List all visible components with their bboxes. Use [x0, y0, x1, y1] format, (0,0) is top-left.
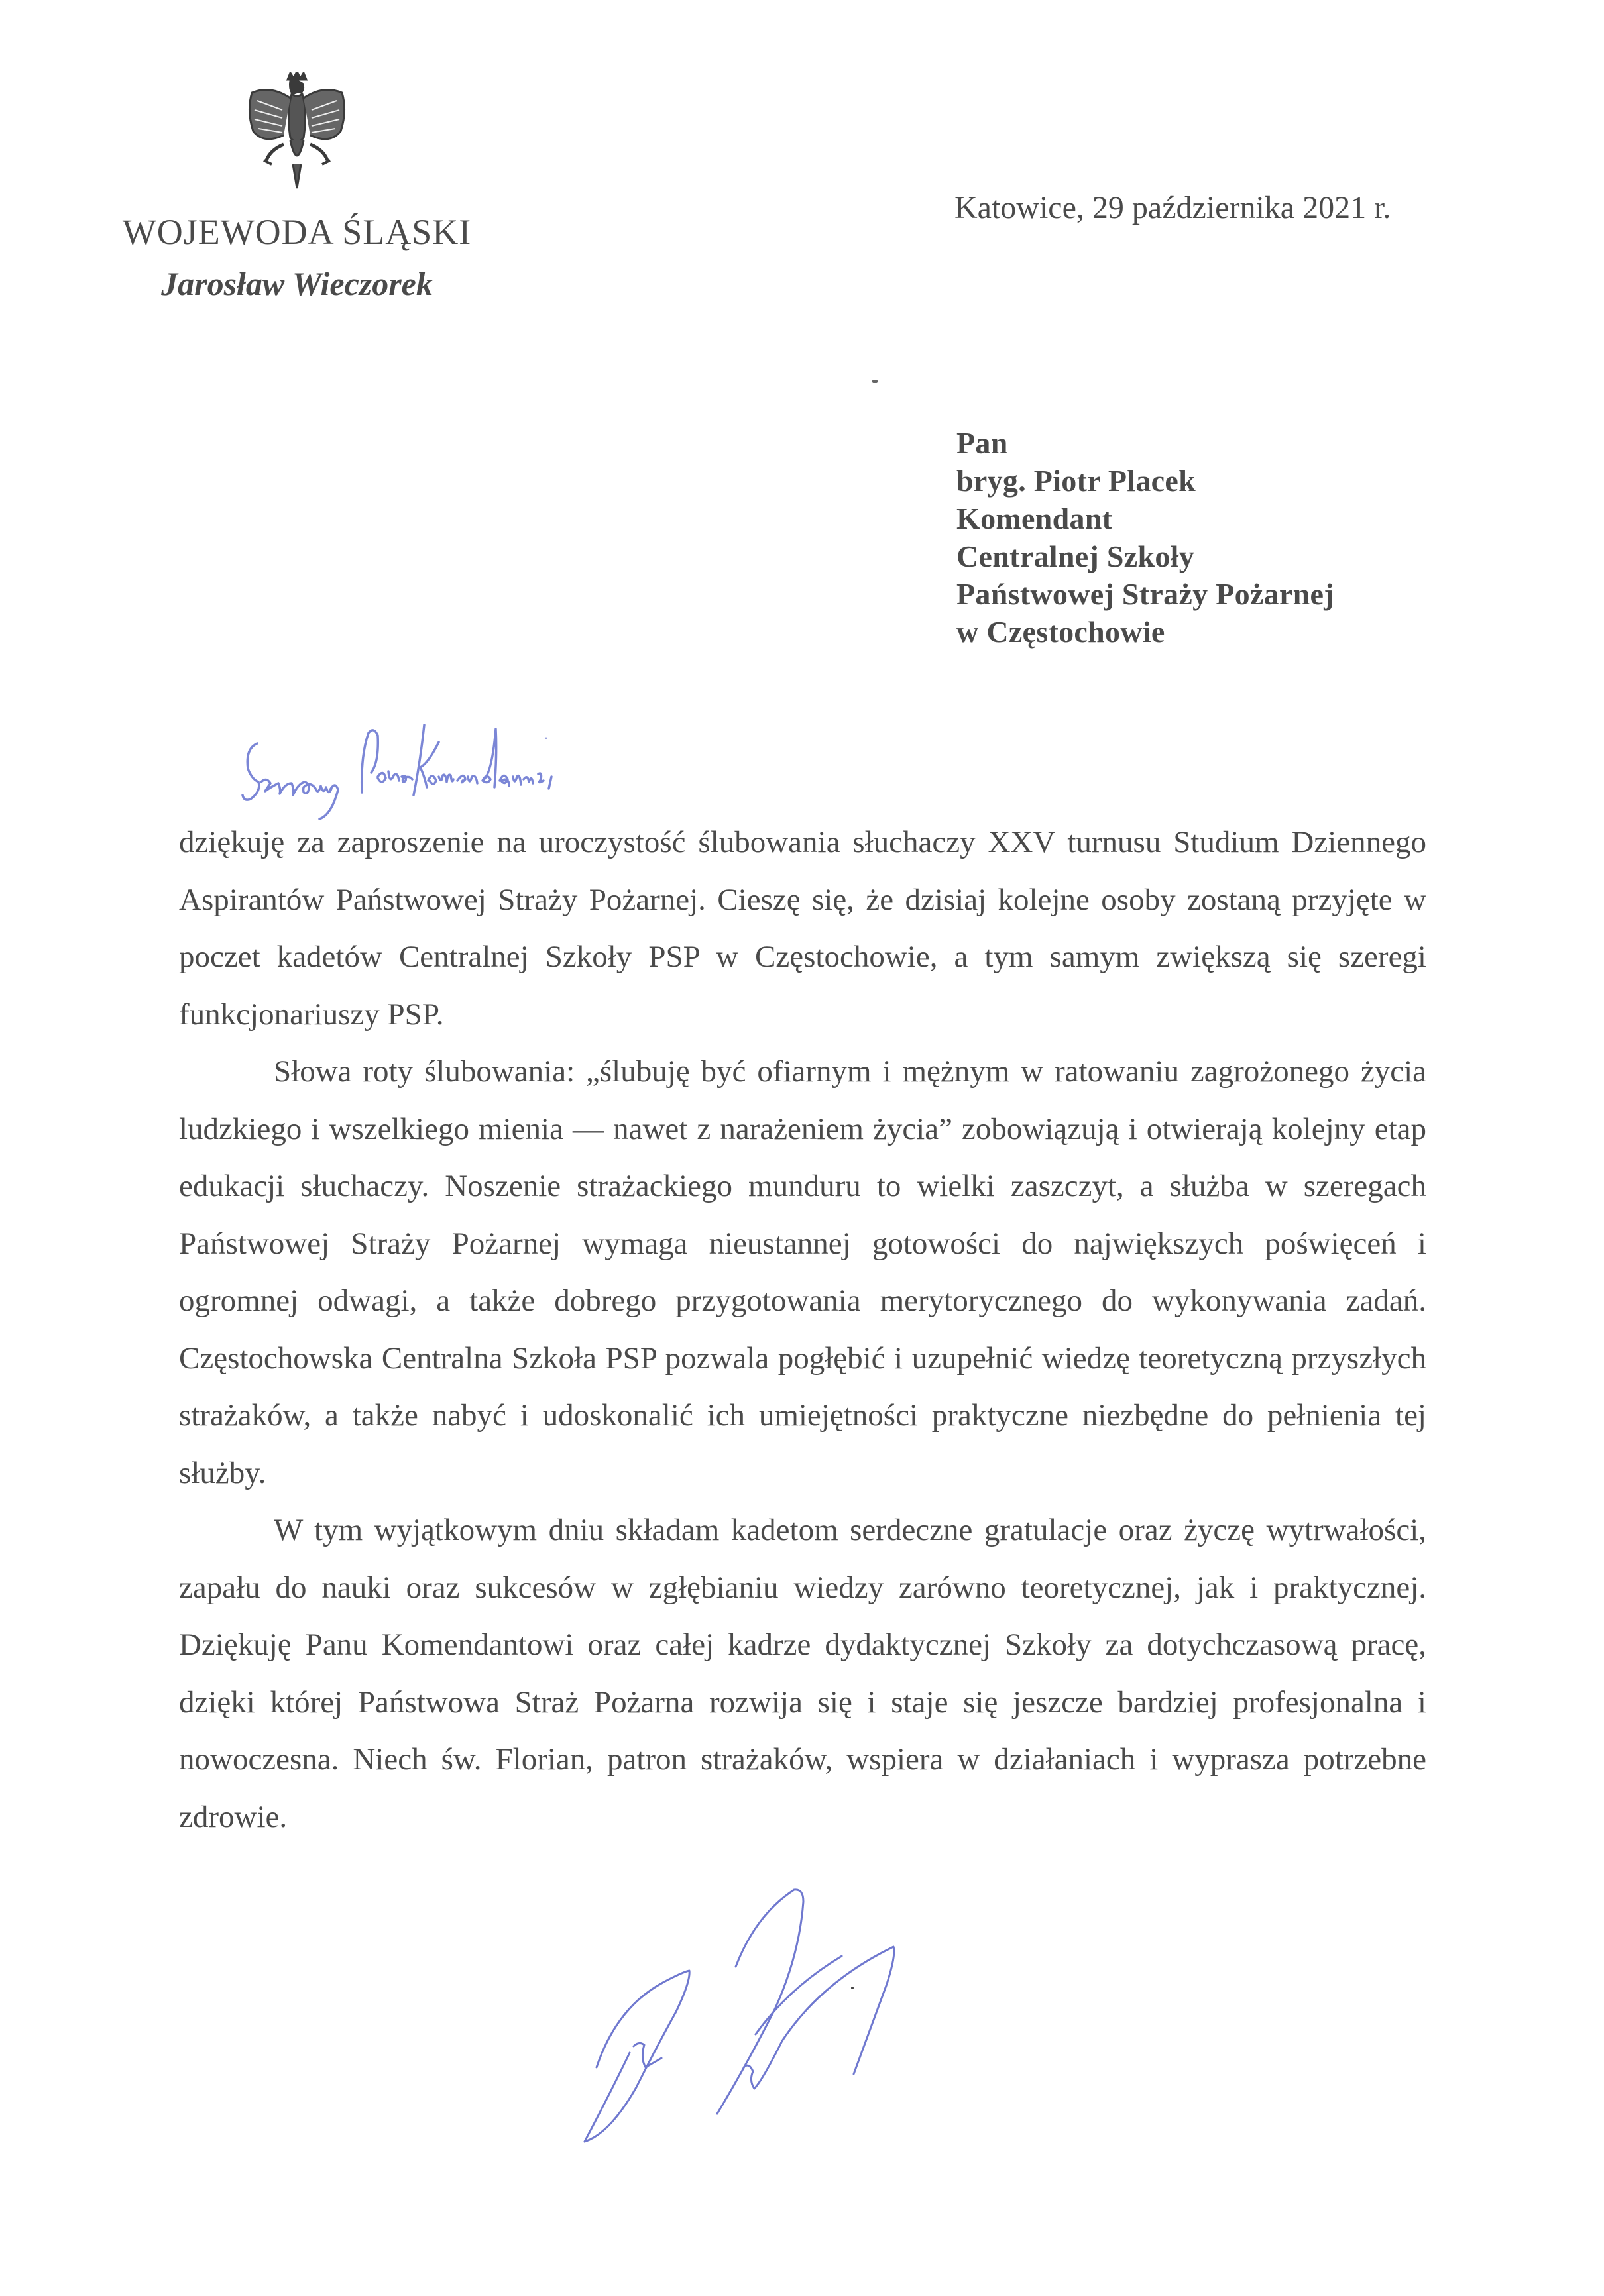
addressee-line: bryg. Piotr Placek — [956, 462, 1334, 500]
addressee-line: Centralnej Szkoły — [956, 537, 1334, 575]
body-paragraph: Słowa roty ślubowania: „ślubuję być ofia… — [179, 1043, 1426, 1502]
office-title: WOJEWODA ŚLĄSKI — [98, 212, 496, 252]
addressee-line: Komendant — [956, 500, 1334, 537]
handwritten-salutation: Szanowny Panie Komendancie, — [232, 702, 961, 822]
handwriting-salutation-icon: Szanowny Panie Komendancie, — [232, 702, 961, 822]
handwritten-signature — [570, 1875, 1498, 2167]
addressee-line: Państwowej Straży Pożarnej — [956, 575, 1334, 613]
eagle-icon — [244, 72, 350, 191]
date-line: Katowice, 29 października 2021 r. — [954, 188, 1391, 228]
scan-speck — [872, 380, 878, 383]
signature-icon — [570, 1875, 1498, 2167]
body-paragraph: W tym wyjątkowym dniu składam kadetom se… — [179, 1502, 1426, 1845]
office-holder-name: Jarosław Wieczorek — [98, 264, 496, 303]
letter-body: dziękuję za zaproszenie na uroczystość ś… — [179, 814, 1426, 1845]
body-paragraph: dziękuję za zaproszenie na uroczystość ś… — [179, 814, 1426, 1043]
addressee-line: w Częstochowie — [956, 613, 1334, 651]
addressee-block: Pan bryg. Piotr Placek Komendant Central… — [956, 424, 1334, 651]
addressee-line: Pan — [956, 424, 1334, 462]
polish-eagle-emblem — [244, 72, 350, 191]
